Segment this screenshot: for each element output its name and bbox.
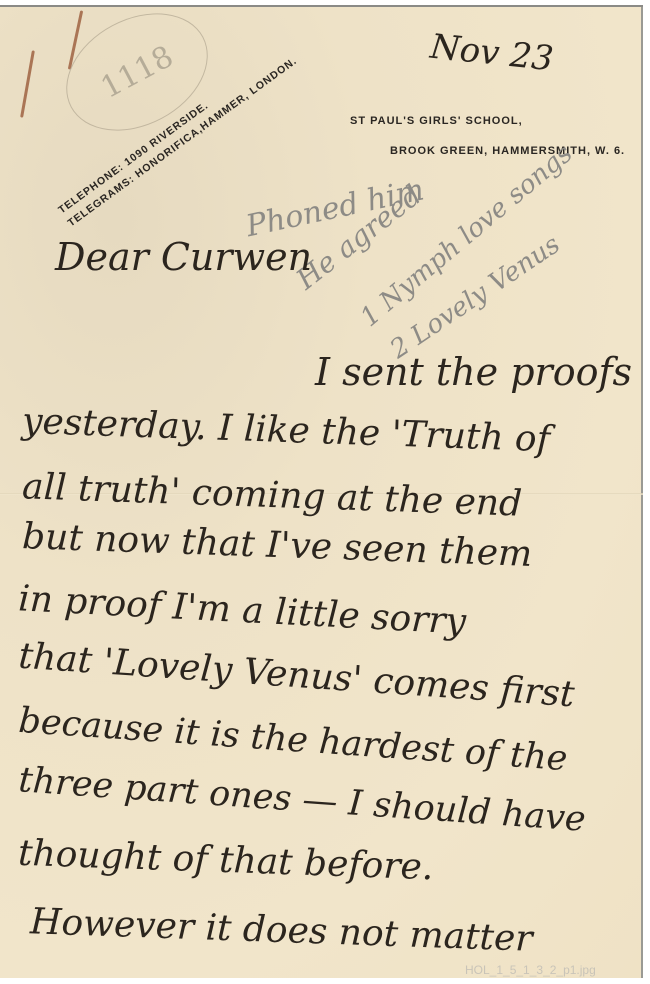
body-line: yesterday. I like the 'Truth of (21, 401, 550, 460)
body-line: in proof I'm a little sorry (17, 578, 467, 642)
archive-number: 1118 (95, 39, 179, 106)
letterhead-school: St Paul's Girls' School, (350, 115, 523, 127)
salutation: Dear Curwen (55, 235, 312, 279)
letter-date: Nov 23 (428, 27, 555, 80)
letterhead-address: Brook Green, Hammersmith, W. 6. (390, 145, 625, 157)
rust-stain-mark (20, 50, 35, 117)
body-line: However it does not matter (29, 901, 533, 960)
body-line: I sent the proofs (315, 350, 632, 394)
body-line: all truth' coming at the end (21, 466, 522, 524)
body-line: but now that I've seen them (21, 516, 532, 575)
body-line: that 'Lovely Venus' comes first (17, 636, 575, 716)
letter-sheet: 1118 TELEPHONE: 1090 RIVERSIDE. TELEGRAM… (0, 5, 643, 978)
image-filename-watermark: HOL_1_5_1_3_2_p1.jpg (465, 963, 596, 977)
body-line: thought of that before. (17, 833, 434, 888)
